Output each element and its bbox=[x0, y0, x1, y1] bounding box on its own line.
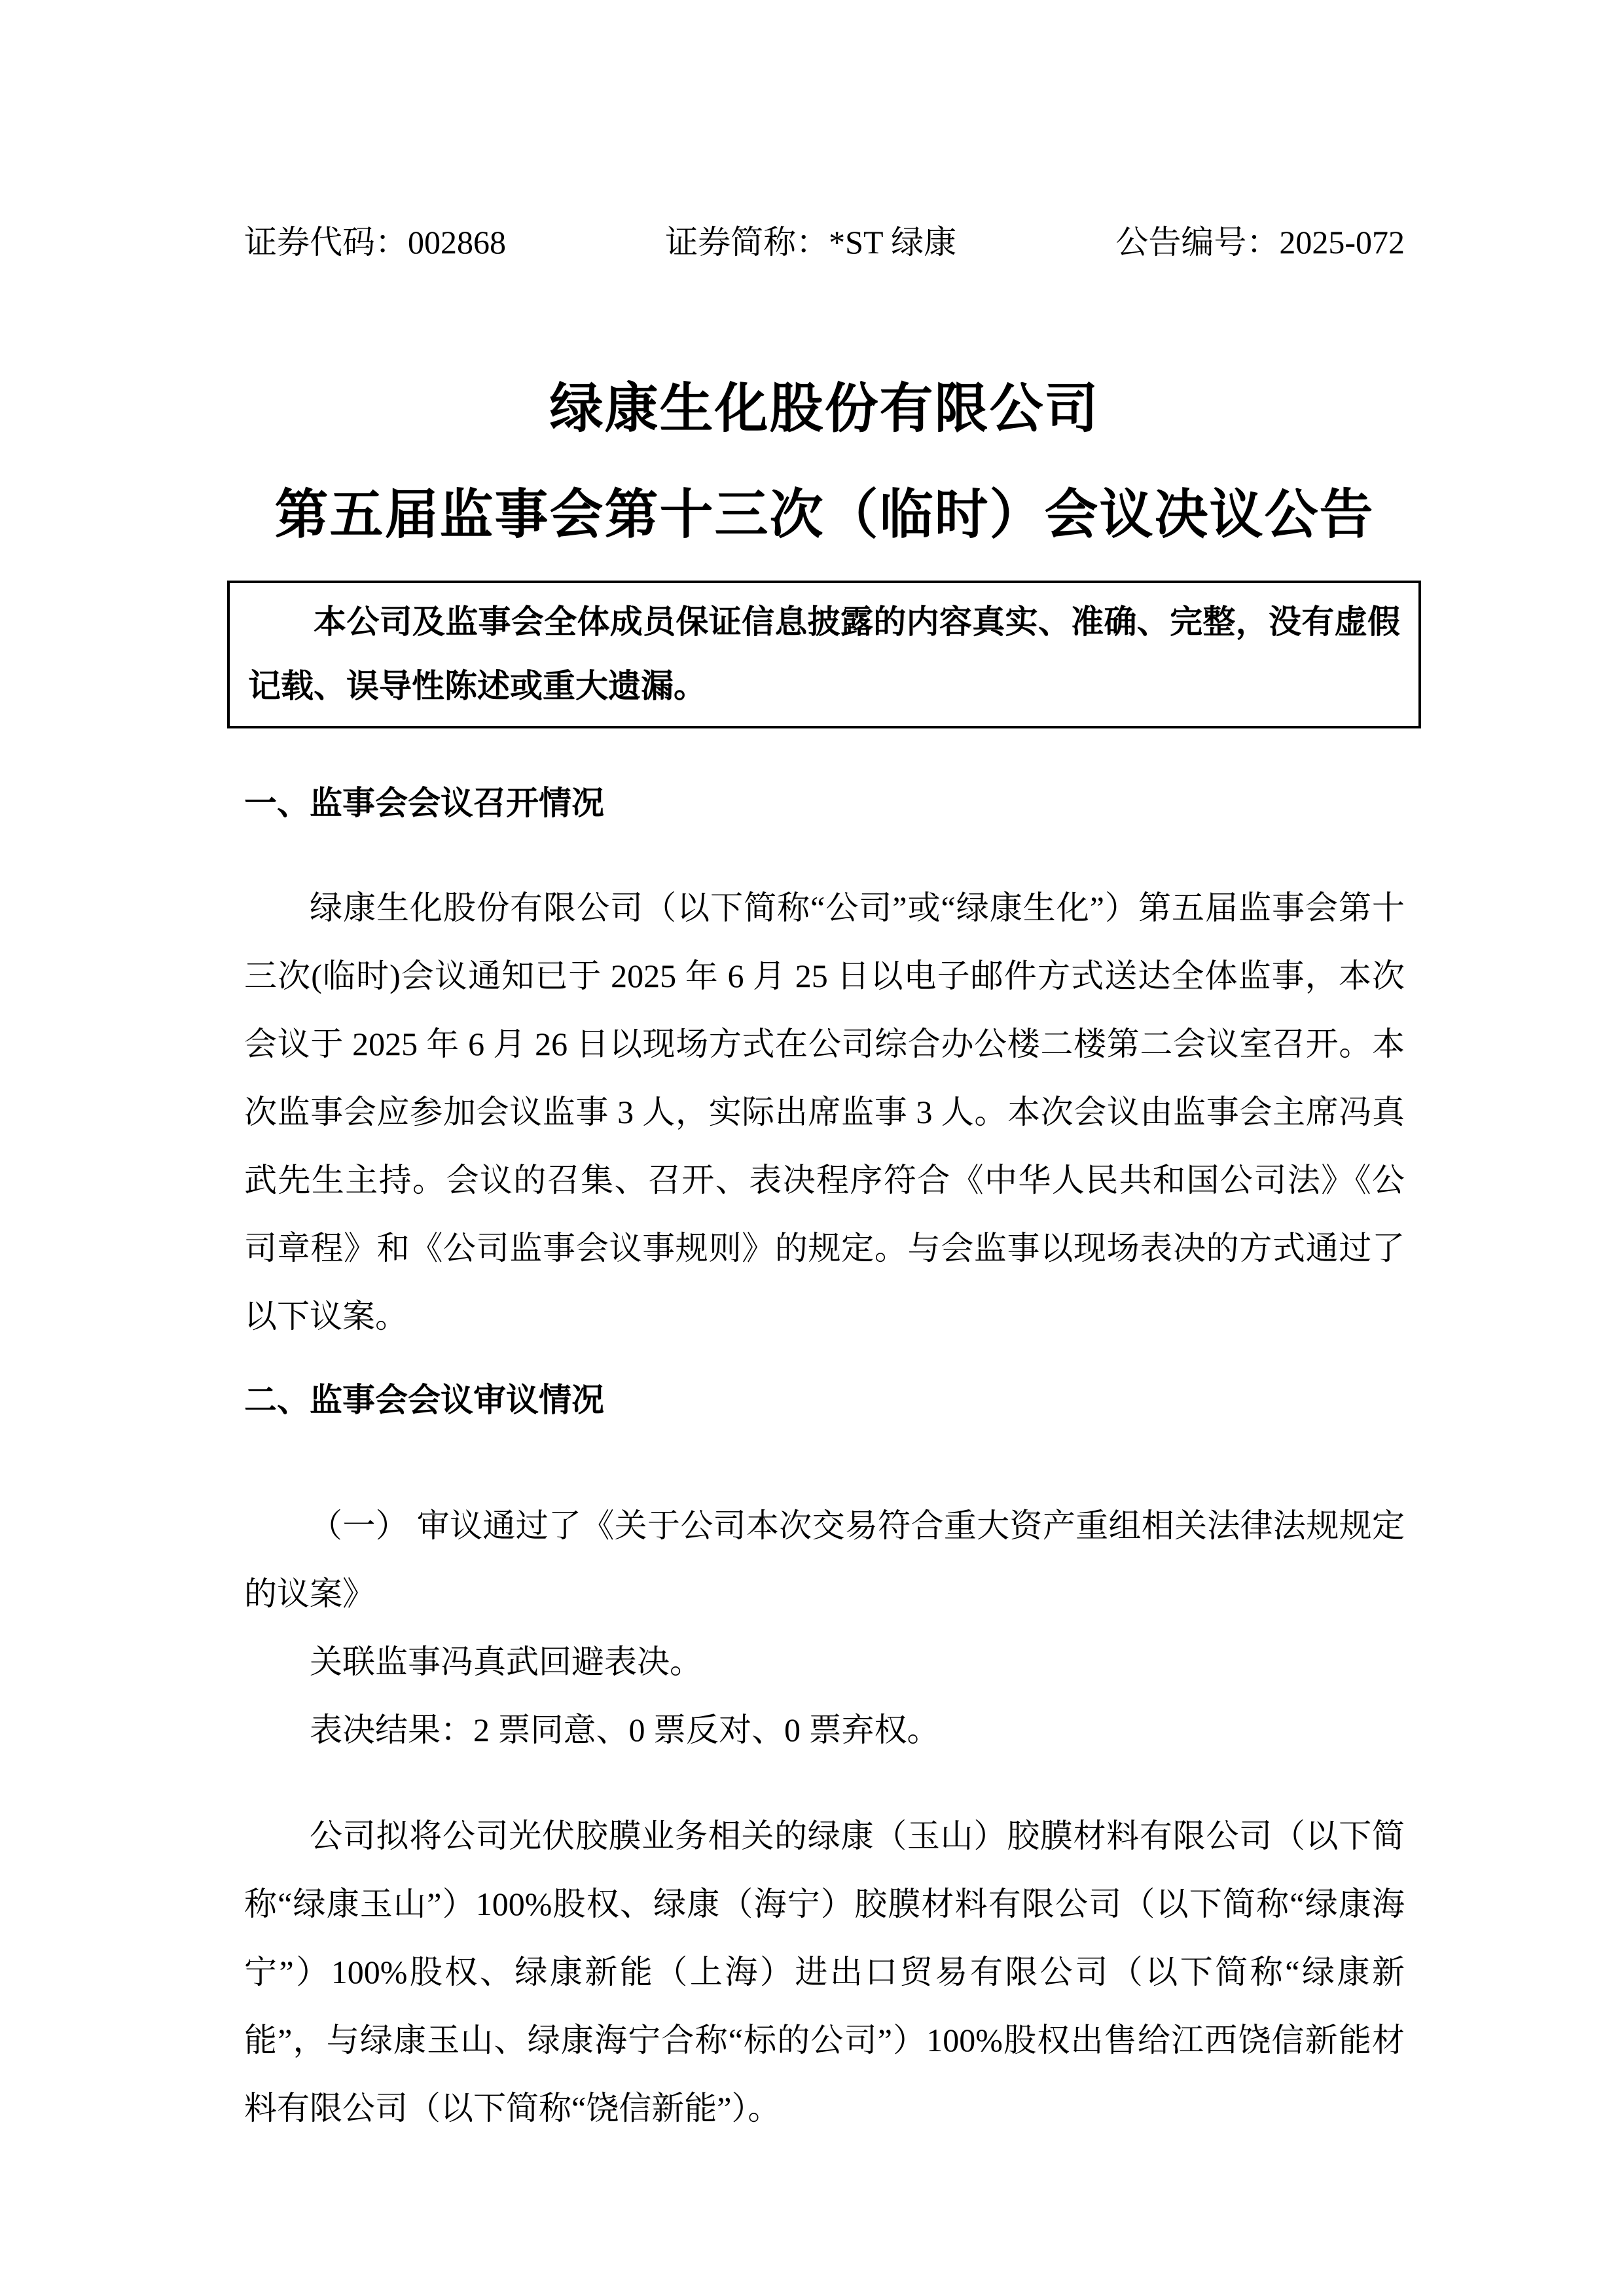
meeting-resolution-title: 第五届监事会第十三次（临时）会议决议公告 bbox=[244, 479, 1405, 551]
disclaimer-box: 本公司及监事会全体成员保证信息披露的内容真实、准确、完整，没有虚假记载、误导性陈… bbox=[227, 581, 1421, 728]
item-1-detail-paragraph: 公司拟将公司光伏胶膜业务相关的绿康（玉山）胶膜材料有限公司（以下简称“绿康玉山”… bbox=[244, 1802, 1405, 2142]
document-header: 证券代码：002868 证券简称：*ST 绿康 公告编号：2025-072 bbox=[244, 223, 1405, 262]
item-1-title: （一） 审议通过了《关于公司本次交易符合重大资产重组相关法律法规规定的议案》 bbox=[244, 1492, 1405, 1628]
company-name-title: 绿康生化股份有限公司 bbox=[244, 373, 1405, 445]
section-1-paragraph: 绿康生化股份有限公司（以下简称“公司”或“绿康生化”）第五届监事会第十三次(临时… bbox=[244, 874, 1405, 1350]
item-1-recusal-note: 关联监事冯真武回避表决。 bbox=[244, 1628, 1405, 1696]
announcement-number-label: 公告编号：2025-072 bbox=[1115, 223, 1405, 262]
section-1-heading: 一、监事会会议召开情况 bbox=[244, 783, 1405, 823]
section-2-heading: 二、监事会会议审议情况 bbox=[244, 1380, 1405, 1420]
item-1-vote-result: 表决结果：2 票同意、0 票反对、0 票弃权。 bbox=[244, 1696, 1405, 1764]
disclaimer-text: 本公司及监事会全体成员保证信息披露的内容真实、准确、完整，没有虚假记载、误导性陈… bbox=[248, 590, 1400, 718]
stock-code-label: 证券代码：002868 bbox=[244, 223, 506, 262]
stock-name-label: 证券简称：*ST 绿康 bbox=[665, 223, 956, 262]
announcement-page: 证券代码：002868 证券简称：*ST 绿康 公告编号：2025-072 绿康… bbox=[0, 0, 1624, 2296]
